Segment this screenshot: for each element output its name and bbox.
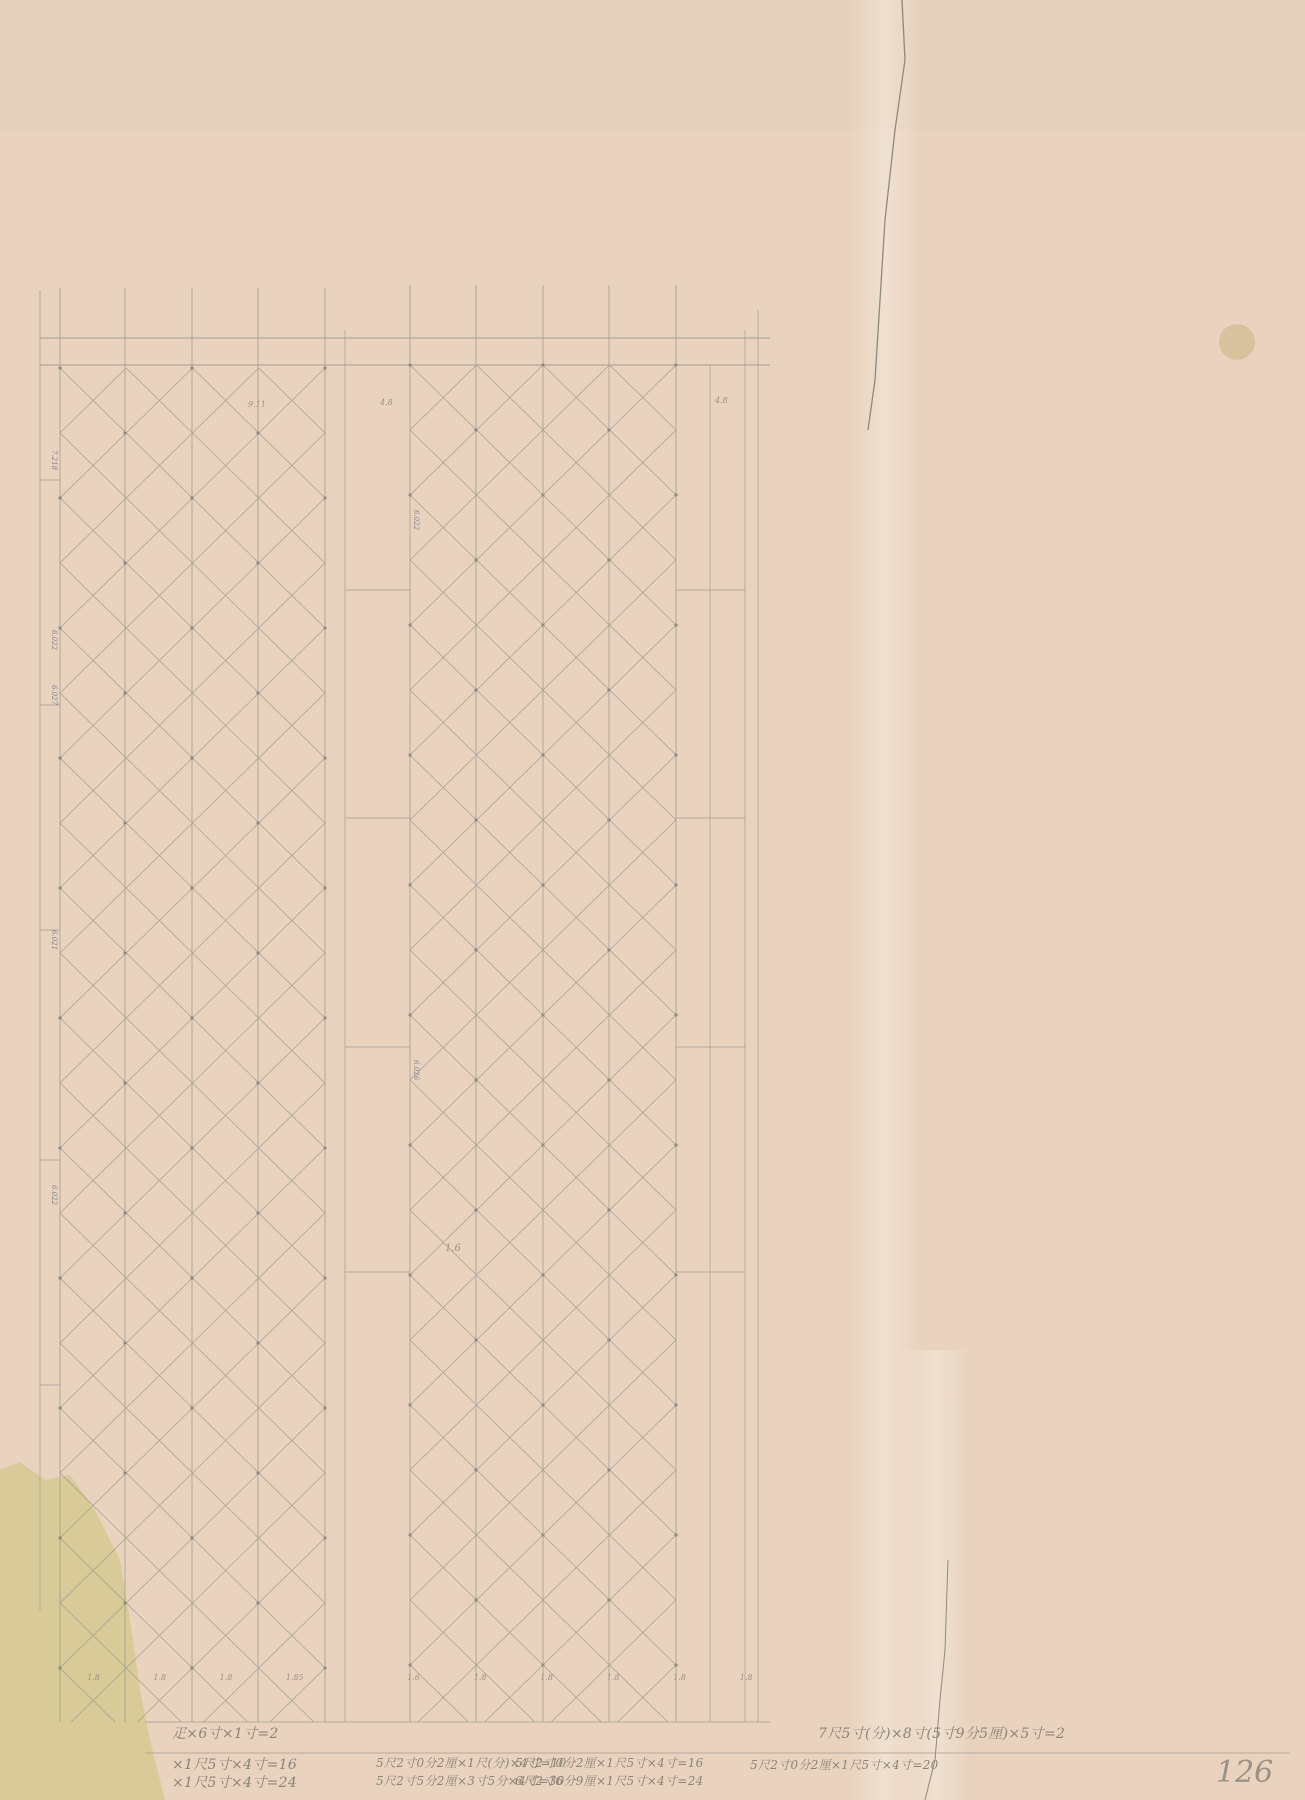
column-tick-label: 1.8: [153, 1673, 166, 1682]
page-number: 126: [1216, 1755, 1273, 1790]
side-label-5: 6.022: [50, 1185, 58, 1205]
top-label-3: 4.8: [715, 396, 728, 405]
top-label-1: 9.11: [248, 400, 266, 409]
side-label-7: 6.026: [412, 1060, 420, 1080]
column-tick-label: 1.8: [740, 1673, 753, 1682]
calc-row1-left: 疋×6寸×1寸=2: [172, 1723, 279, 1743]
calc-row1-right: 7尺5寸(分)×8寸(5寸9分5厘)×5寸=2: [818, 1723, 1065, 1743]
calc-row2-a2: ×1尺5寸×4寸=24: [172, 1772, 297, 1792]
column-tick-label: 1.8: [607, 1673, 620, 1682]
column-tick-label: 1.8: [87, 1673, 100, 1682]
column-tick-label: 1.85: [286, 1673, 304, 1682]
lattice-drawing: [0, 0, 1305, 1800]
column-tick-label: 1.8: [474, 1673, 487, 1682]
mid-label: 1.6: [445, 1243, 461, 1254]
top-label-2: 4.8: [380, 398, 393, 407]
calc-row2-d1: 5尺2寸0分2厘×1尺5寸×4寸=20: [750, 1756, 939, 1773]
side-label-3: 6.027: [50, 685, 58, 705]
ink-stain: [1219, 324, 1255, 360]
calc-row2-c2: 6尺2寸6分9厘×1尺5寸×4寸=24: [515, 1772, 704, 1789]
column-tick-label: 1.8: [220, 1673, 233, 1682]
column-tick-label: 1.8: [673, 1673, 686, 1682]
side-label-4: 6.021: [50, 930, 58, 950]
calc-row2-a1: ×1尺5寸×4寸=16: [172, 1754, 297, 1774]
paper: [0, 0, 1305, 1800]
side-label-6: 6.022: [412, 510, 420, 530]
column-tick-label: 1.8: [540, 1673, 553, 1682]
calc-row2-c1: 5尺2寸0分2厘×1尺5寸×4寸=16: [515, 1754, 704, 1771]
column-tick-label: 1.6: [407, 1673, 420, 1682]
side-label-2: 6.022: [50, 630, 58, 650]
drawing-sheet: 9.11 4.8 4.8 7.218 6.022 6.027 6.021 6.0…: [0, 0, 1305, 1800]
side-label-1: 7.218: [50, 450, 58, 470]
